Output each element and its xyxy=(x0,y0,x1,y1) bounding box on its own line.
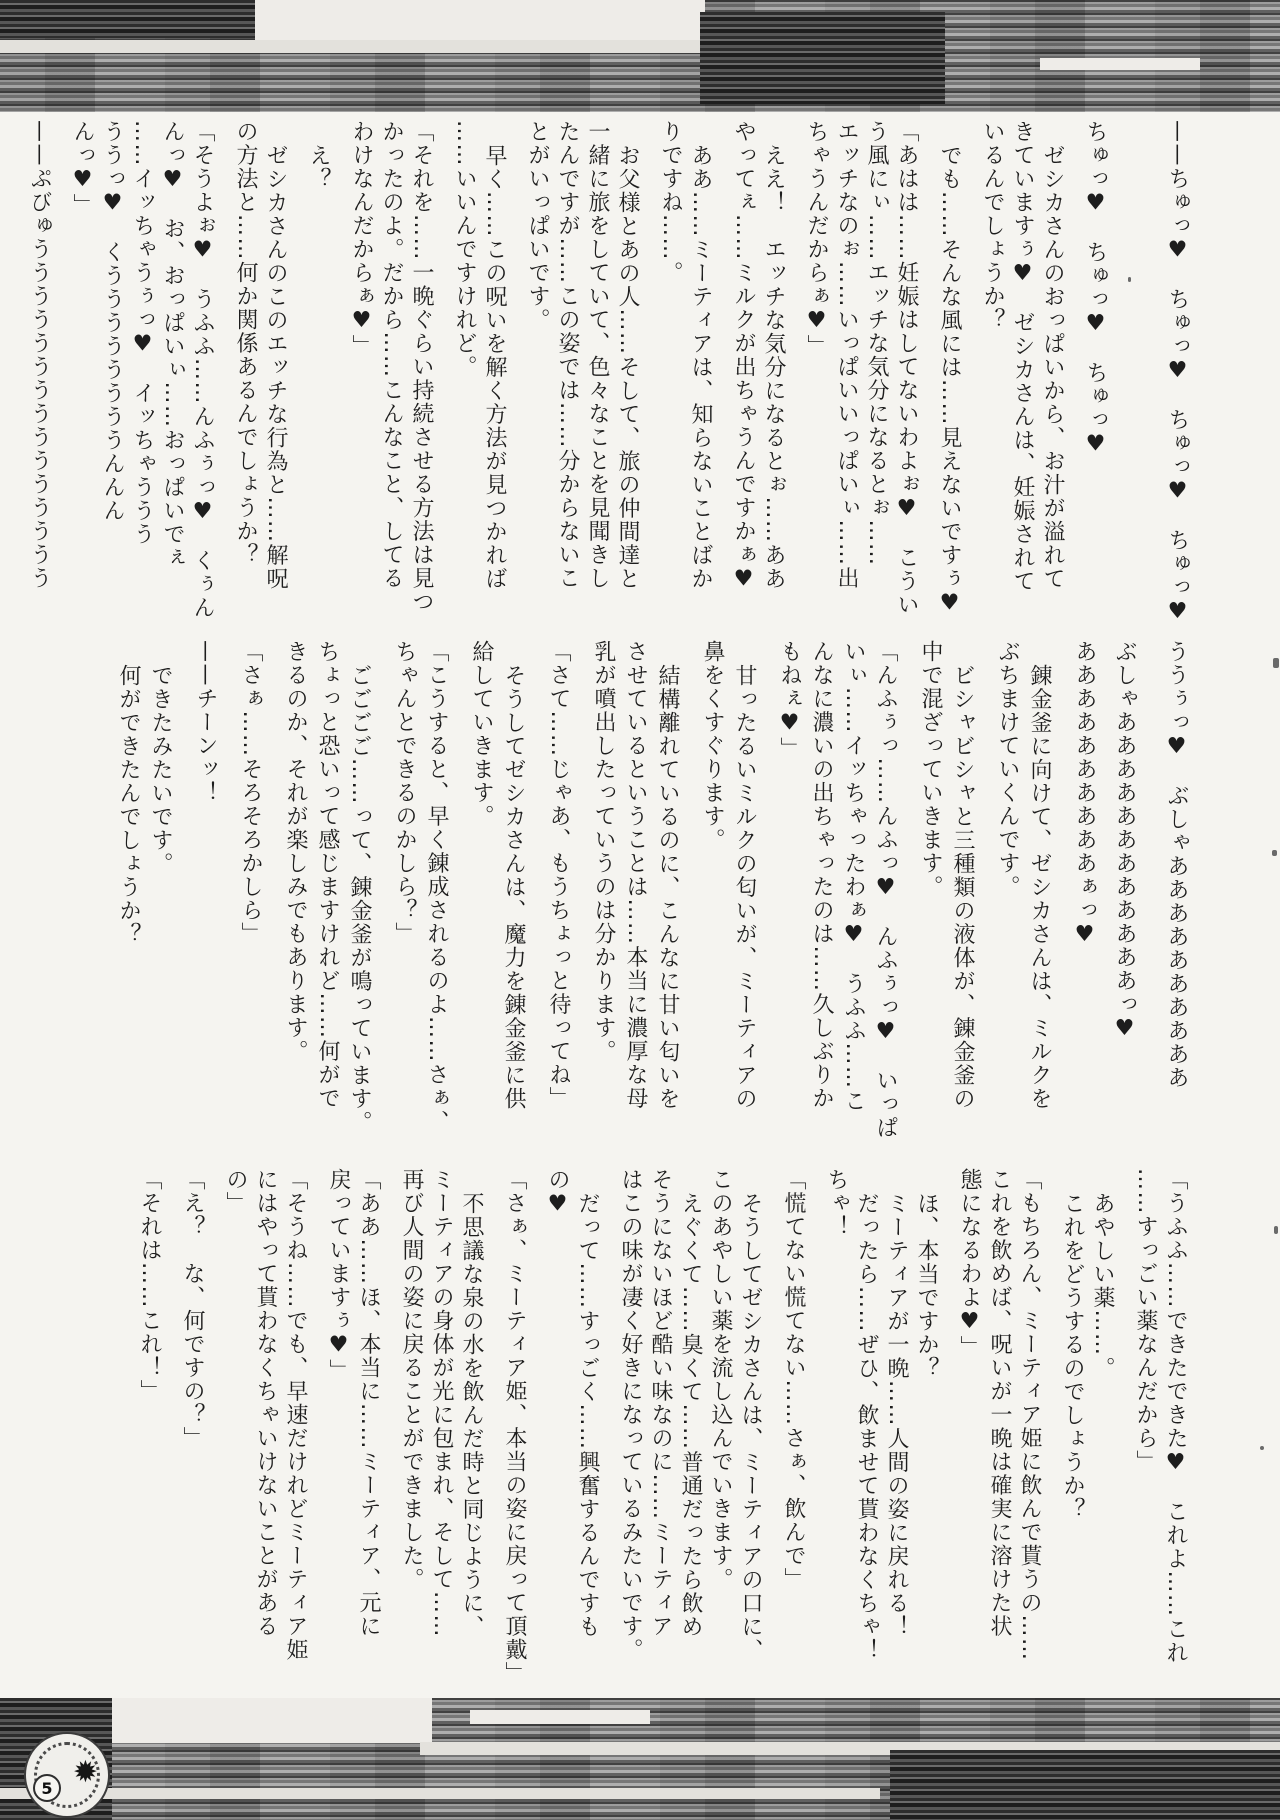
noise-patch xyxy=(0,0,255,38)
text-column: え？ xyxy=(303,120,333,625)
text-column: 何ができたんでしょうか？ xyxy=(112,640,144,1140)
text-column: ちゃうんだからぁ♥」 xyxy=(801,120,831,625)
text-column: このあやしい薬を流し込んでいきます。 xyxy=(705,1168,735,1688)
ink-speck xyxy=(1274,1226,1278,1234)
scan-noise-band-bottom xyxy=(0,1698,1280,1820)
text-column: だったら……ぜひ、飲ませて貰わなくちゃ！ xyxy=(851,1168,881,1688)
text-column: の♥ xyxy=(542,1168,572,1688)
text-column: お父様とあの人……そして、旅の仲間達と xyxy=(612,120,642,625)
text-column: ……すっごい薬なんだから」 xyxy=(1130,1168,1160,1688)
text-column: 「うふふ……できたできた♥ これよ……これ xyxy=(1160,1168,1190,1688)
text-column: 甘ったるいミルクの匂いが、ミーティアの xyxy=(728,640,760,1140)
text-column: 「んふぅっ……んふっ♥ んふぅっ♥ いっぱ xyxy=(869,640,901,1140)
text-column: ……いいんですけれど。 xyxy=(449,120,479,625)
noise-patch xyxy=(112,1698,432,1743)
noise-patch xyxy=(0,40,700,53)
text-column: 「あはは……妊娠はしてないわよぉ♥ こうい xyxy=(891,120,921,625)
text-column: させているということは……本当に濃厚な母 xyxy=(619,640,651,1140)
text-column: そうにないほど酷い味なのに……ミーティア xyxy=(645,1168,675,1688)
text-column: んなに濃いの出ちゃったのは……久しぶりか xyxy=(805,640,837,1140)
text-column: 錬金釜に向けて、ゼシカさんは、ミルクを xyxy=(1023,640,1055,1140)
text-column: ああああああああああぁっ♥ xyxy=(1068,640,1108,1140)
noise-patch xyxy=(890,1750,1280,1820)
text-column: 戻っていますぅ♥」 xyxy=(323,1168,353,1688)
text-column: はこの味が凄く好きになっているみたいです。 xyxy=(615,1168,645,1688)
text-column: わけなんだからぁ♥」 xyxy=(346,120,376,625)
text-column: の」 xyxy=(220,1168,250,1688)
text-column: ゼシカさんのこのエッチな行為と……解呪 xyxy=(260,120,290,625)
text-column: う風にぃ……エッチな気分になるとぉ…… xyxy=(861,120,891,625)
vertical-text-band-3: 「うふふ……できたできた♥ これよ……これ……すっごい薬なんだから」あやしい薬…… xyxy=(134,1168,1190,1688)
text-column: んっ♥ お、おっぱいぃ……おっぱいでぇ xyxy=(157,120,187,625)
text-column: ミーティアが一晩……人間の姿に戻れる！ xyxy=(881,1168,911,1688)
text-column: でも……そんな風には……見えないですぅ♥ xyxy=(934,120,964,625)
page-number: 5 xyxy=(33,1774,61,1802)
text-column: 一緒に旅をしていて、色々なことを見聞きし xyxy=(582,120,612,625)
text-column: 「ああ……ほ、本当に……ミーティア、元に xyxy=(353,1168,383,1688)
noise-patch xyxy=(470,1710,650,1724)
text-column: ほ、本当ですか？ xyxy=(911,1168,941,1688)
text-column: りですね……。 xyxy=(655,120,685,625)
text-column: 「こうすると、早く錬成されるのよ……さぁ、 xyxy=(420,640,452,1140)
text-column: ううぅっ♥ ぶしゃああああああああああ xyxy=(1160,640,1192,1140)
text-column: 「それは……これ！」 xyxy=(134,1168,164,1688)
text-column: ちゃんとできるのかしら？」 xyxy=(388,640,420,1140)
text-column: 中で混ざっていきます。 xyxy=(914,640,946,1140)
noise-patch xyxy=(700,12,945,104)
text-column: ううっ♥ くううううううううんんん xyxy=(97,120,127,625)
text-column: かったのよ。だから……こんなこと、してる xyxy=(376,120,406,625)
text-column: ちゃ！ xyxy=(821,1168,851,1688)
text-column: 「そうよぉ♥ うふふ……んふぅっ♥ くぅん xyxy=(187,120,217,625)
text-column: だって……すっごく……興奮するんですも xyxy=(572,1168,602,1688)
text-column: これをどうするのでしょうか？ xyxy=(1057,1168,1087,1688)
ink-speck xyxy=(1272,850,1277,856)
ink-speck xyxy=(1128,277,1131,282)
text-column: 「さぁ、ミーティア姫、本当の姿に戻って頂戴」 xyxy=(499,1168,529,1688)
text-column: 再び人間の姿に戻ることができました。 xyxy=(396,1168,426,1688)
text-column: ああ……ミーティアは、知らないことばか xyxy=(685,120,715,625)
text-column: たんですが……この姿では……分からないこ xyxy=(552,120,582,625)
text-column: いるんでしょうか？ xyxy=(977,120,1007,625)
text-column: エッチなのぉ……いっぱいいっぱいぃ……出 xyxy=(831,120,861,625)
text-column: ミーティアの身体が光に包まれ、そして…… xyxy=(426,1168,456,1688)
text-column: の方法と……何か関係あるんでしょうか？ xyxy=(230,120,260,625)
text-column: できたみたいです。 xyxy=(144,640,176,1140)
text-column: 「もちろん、ミーティア姫に飲んで貰うの…… xyxy=(1014,1168,1044,1688)
emblem-star-icon: ✹ xyxy=(73,1758,98,1788)
text-column: ぶちまけていくんです。 xyxy=(991,640,1023,1140)
text-column: ぶしゃああああああああああああっ♥ xyxy=(1108,640,1160,1140)
text-column: ごごごご……って、錬金釜が鳴っています。 xyxy=(343,640,375,1140)
text-column: 乳が噴出したっていうのは分かります。 xyxy=(587,640,619,1140)
text-column: きていますぅ♥ ゼシカさんは、妊娠されて xyxy=(1007,120,1037,625)
text-column: とがいっぱいです。 xyxy=(522,120,552,625)
ink-speck xyxy=(1273,658,1279,668)
noise-patch xyxy=(0,1788,880,1799)
text-column: 「そうね……でも、早速だけれどミーティア姫 xyxy=(280,1168,310,1688)
text-column: ちょっと恐いって感じますけれど……何がで xyxy=(311,640,343,1140)
text-column: 「え？ な、何ですの？」 xyxy=(177,1168,207,1688)
text-column: ……イッちゃうぅっ♥ イッちゃううう xyxy=(127,120,157,625)
text-column: 不思議な泉の水を飲んだ時と同じように、 xyxy=(456,1168,486,1688)
text-column: 「さて……じゃあ、もうちょっと待ってね」 xyxy=(542,640,574,1140)
ink-speck xyxy=(1260,1446,1264,1450)
text-column: にはやって貰わなくちゃいけないことがある xyxy=(250,1168,280,1688)
vertical-text-band-1: ——ちゅっ♥ ちゅっ♥ ちゅっ♥ ちゅっ♥ちゅっ♥ ちゅっ♥ ちゅっ♥ゼシカさん… xyxy=(24,120,1192,625)
vertical-text-band-2: ううぅっ♥ ぶしゃああああああああああぶしゃああああああああああああっ♥ああああ… xyxy=(112,640,1192,1140)
text-column: ゼシカさんのおっぱいから、お汁が溢れて xyxy=(1037,120,1067,625)
scan-noise-band-top xyxy=(0,0,1280,112)
page-number-emblem: ✹ 5 xyxy=(24,1732,110,1818)
text-column: あやしい薬……。 xyxy=(1087,1168,1117,1688)
text-column: んっ♥」 xyxy=(67,120,97,625)
text-column: 「慌てない慌てない……さぁ、飲んで」 xyxy=(778,1168,808,1688)
text-column: ちゅっ♥ ちゅっ♥ ちゅっ♥ xyxy=(1080,120,1162,625)
text-column: 「さぁ……そろそろかしら」 xyxy=(234,640,266,1140)
text-column: 早く……この呪いを解く方法が見つかれば xyxy=(479,120,509,625)
text-column: きるのか、それが楽しみでもあります。 xyxy=(279,640,311,1140)
text-column: ——ぷびゅううううううううううううううう xyxy=(24,120,54,625)
text-column: 態になるわよ♥」 xyxy=(954,1168,984,1688)
text-column: 給していきます。 xyxy=(465,640,497,1140)
text-column: 「それを……一晩ぐらい持続させる方法は見つ xyxy=(406,120,436,625)
text-column: ——ちゅっ♥ ちゅっ♥ ちゅっ♥ ちゅっ♥ xyxy=(1162,120,1192,625)
text-column: えぐくて……臭くて……普通だったら飲め xyxy=(675,1168,705,1688)
text-column: ——チーンッ！ xyxy=(189,640,221,1140)
text-column: そうしてゼシカさんは、魔力を錬金釜に供 xyxy=(497,640,529,1140)
text-column: そうしてゼシカさんは、ミーティアの口に、 xyxy=(735,1168,765,1688)
text-column: ビシャビシャと三種類の液体が、錬金釜の xyxy=(946,640,978,1140)
text-column: やってぇ……ミルクが出ちゃうんですかぁ♥ xyxy=(728,120,758,625)
text-column: いぃ……イッちゃったわぁ♥ うふふ……こ xyxy=(837,640,869,1140)
text-column: もねぇ♥」 xyxy=(773,640,805,1140)
text-column: 鼻をくすぐります。 xyxy=(696,640,728,1140)
text-column: ええ！ エッチな気分になるとぉ……ああ xyxy=(758,120,788,625)
text-column: 結構離れているのに、こんなに甘い匂いを xyxy=(651,640,683,1140)
text-column: これを飲めば、呪いが一晩は確実に溶けた状 xyxy=(984,1168,1014,1688)
noise-patch xyxy=(1040,58,1200,70)
